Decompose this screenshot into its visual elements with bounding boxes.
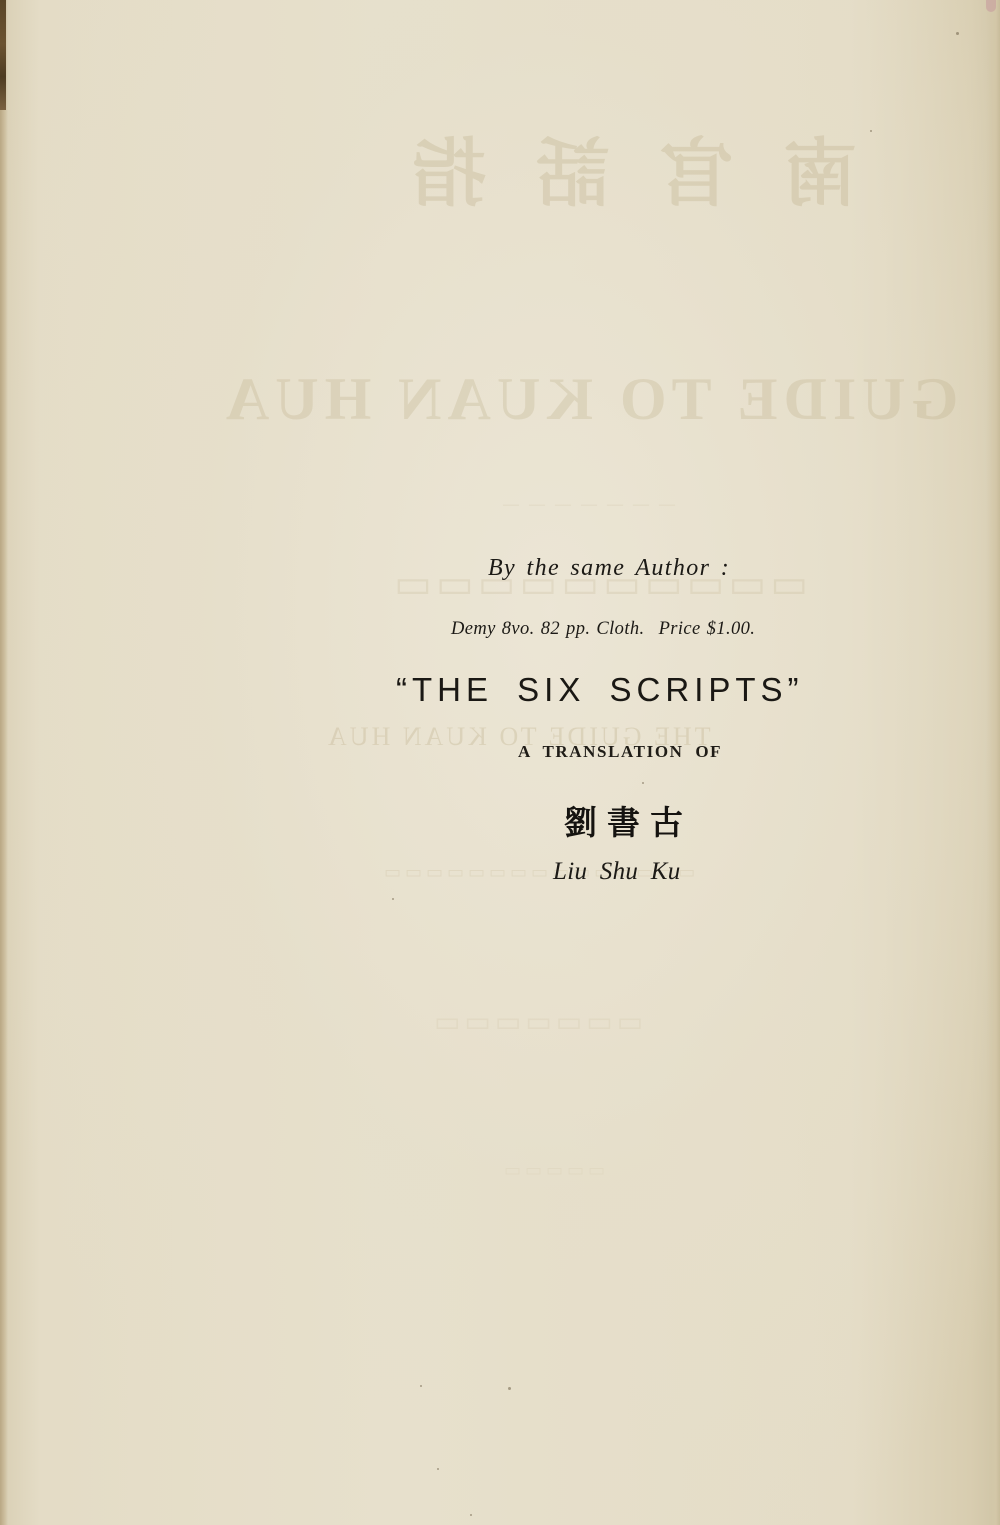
advertisement-block: By the same Author : Demy 8vo. 82 pp. Cl… [0, 0, 1000, 1525]
translation-subtitle: A TRANSLATION OF [518, 742, 722, 762]
book-price: Price $1.00. [659, 619, 756, 639]
romanized-title: Liu Shu Ku [553, 858, 681, 886]
book-format: Demy 8vo. 82 pp. Cloth. [451, 619, 645, 639]
chinese-title: 劉書古 [564, 797, 693, 844]
by-same-author-heading: By the same Author : [488, 555, 730, 582]
book-title: “THE SIX SCRIPTS” [396, 671, 804, 709]
book-specs-line: Demy 8vo. 82 pp. Cloth.Price $1.00. [451, 619, 755, 640]
